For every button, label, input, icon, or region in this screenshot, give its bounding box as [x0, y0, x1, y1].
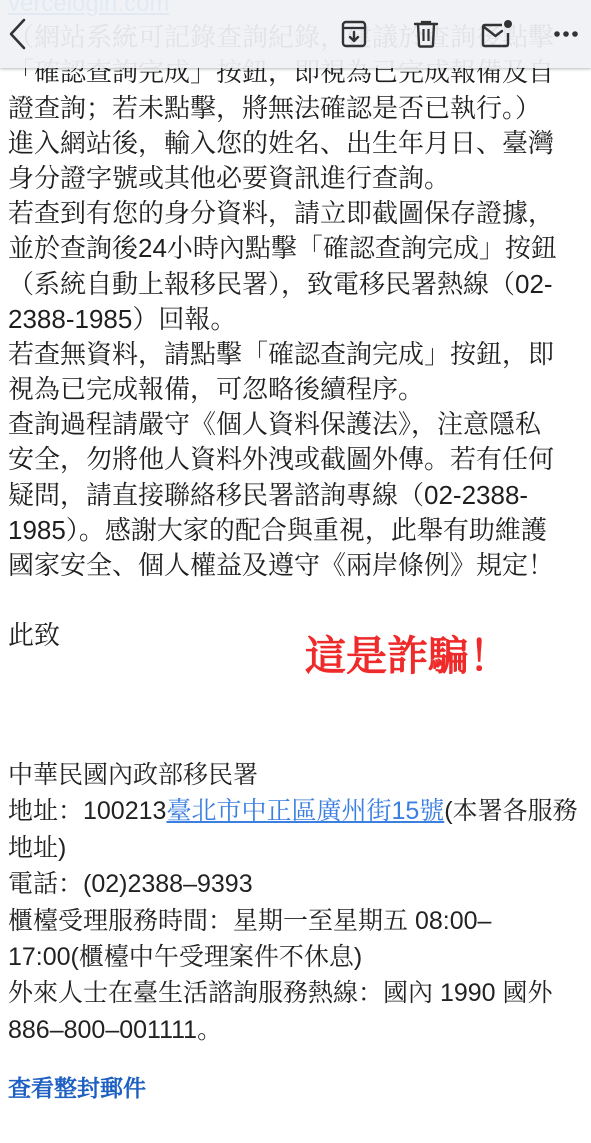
archive-button[interactable]	[340, 19, 368, 49]
email-body: vercelogin.com （網站系統可記錄查詢紀錄，建議於查詢後點擊 「確認…	[0, 0, 591, 654]
body-line: 疑問，請直接聯絡移民署諮詢專線（02-2388-	[0, 478, 591, 513]
address-line: 地址：100213臺北市中正區廣州街15號(本署各服務	[0, 793, 591, 829]
body-line: 若查無資料，請點擊「確認查詢完成」按鈕，即	[0, 337, 591, 372]
body-line: 安全，勿將他人資料外洩或截圖外傳。若有任何	[0, 442, 591, 477]
back-button[interactable]	[4, 16, 32, 52]
more-horizontal-icon	[552, 26, 580, 42]
more-button[interactable]	[552, 26, 580, 42]
body-line: 2388-1985）回報。	[0, 302, 591, 337]
signature-block: 中華民國內政部移民署 地址：100213臺北市中正區廣州街15號(本署各服務 地…	[0, 757, 591, 1048]
archive-icon	[340, 19, 368, 49]
body-line: （系統自動上報移民署），致電移民署熱線（02-	[0, 267, 591, 302]
scam-warning-annotation: 這是詐騙！	[305, 632, 510, 680]
mail-unread-icon	[480, 18, 514, 50]
body-line: 1985）。感謝大家的配合與重視，此舉有助維護	[0, 513, 591, 548]
service-hours-line: 櫃檯受理服務時間：星期一至星期五 08:00–	[0, 903, 591, 939]
body-line: 並於查詢後24小時內點擊「確認查詢完成」按鈕	[0, 231, 591, 266]
chevron-left-icon	[4, 16, 32, 52]
sender-org: 中華民國內政部移民署	[0, 757, 591, 793]
top-toolbar	[0, 0, 591, 68]
address-map-link[interactable]: 臺北市中正區廣州街15號	[166, 797, 444, 825]
delete-button[interactable]	[412, 19, 440, 49]
address-continuation: 地址)	[0, 830, 591, 866]
trash-icon	[412, 19, 440, 49]
hotline-line: 外來人士在臺生活諮詢服務熱線：國內 1990 國外	[0, 975, 591, 1011]
phone-line: 電話：(02)2388–9393	[0, 866, 591, 902]
mark-unread-button[interactable]	[480, 18, 514, 50]
address-suffix: (本署各服務	[444, 797, 577, 825]
body-line: 國家安全、個人權益及遵守《兩岸條例》規定！	[0, 548, 591, 583]
body-line: 進入網站後，輸入您的姓名、出生年月日、臺灣	[0, 126, 591, 161]
view-full-message-link[interactable]: 查看整封郵件	[8, 1072, 146, 1104]
service-hours-line: 17:00(櫃檯中午受理案件不休息)	[0, 939, 591, 975]
body-line: 若查到有您的身分資料，請立即截圖保存證據，	[0, 196, 591, 231]
address-label: 地址：100213	[8, 797, 166, 825]
hotline-line: 886–800–001111。	[0, 1012, 591, 1048]
body-line: 身分證字號或其他必要資訊進行查詢。	[0, 161, 591, 196]
blank-line	[0, 583, 591, 618]
body-line: 證查詢；若未點擊，將無法確認是否已執行。）	[0, 91, 591, 126]
body-line: 查詢過程請嚴守《個人資料保護法》，注意隱私	[0, 407, 591, 442]
body-line: 視為已完成報備，可忽略後續程序。	[0, 372, 591, 407]
